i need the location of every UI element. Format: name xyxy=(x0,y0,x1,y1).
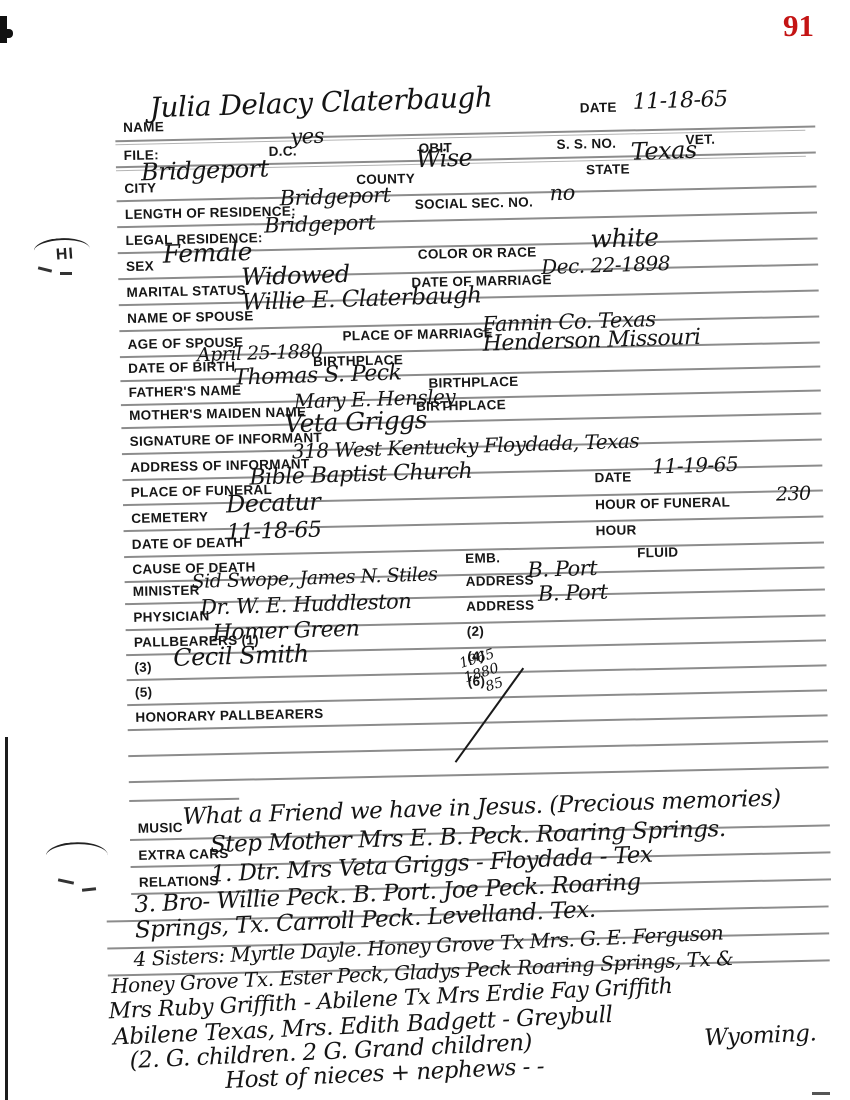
label-physician-address: ADDRESS xyxy=(466,598,534,614)
label-hour: HOUR xyxy=(595,522,636,538)
label-sex: SEX xyxy=(126,258,154,274)
age-calculation-note: 1965 1880 85 xyxy=(448,647,505,704)
document-page: 91 HI xyxy=(0,0,850,1100)
entry-minister-address: B. Port xyxy=(527,556,597,582)
label-hour-of-funeral: HOUR OF FUNERAL xyxy=(595,494,730,512)
label-name-of-spouse: NAME OF SPOUSE xyxy=(127,308,254,326)
label-minister: MINISTER xyxy=(133,583,200,599)
entry-state: Texas xyxy=(630,136,697,166)
ruled-line xyxy=(129,798,239,802)
entry-legal-residence: Bridgeport xyxy=(264,210,376,237)
label-social-sec-no: SOCIAL SEC. NO. xyxy=(415,194,534,211)
entry-length-of-residence: Bridgeport xyxy=(279,183,391,210)
ruled-line xyxy=(129,766,829,783)
entry-hour-of-funeral: 230 xyxy=(776,483,811,506)
entry-physician-address: B. Port xyxy=(538,580,608,606)
entry-city: Bridgeport xyxy=(141,154,269,186)
entry-date-of-marriage: Dec. 22-1898 xyxy=(541,251,671,279)
label-state: STATE xyxy=(586,161,630,177)
label-ssno: S. S. NO. xyxy=(556,136,616,152)
entry-funeral-date: 11-19-65 xyxy=(652,452,739,479)
label-fathers-name: FATHER'S NAME xyxy=(128,383,241,400)
funeral-record-form: NAME DATE FILE: D.C. OBIT S. S. NO. VET.… xyxy=(0,0,850,1100)
entry-cemetery: Decatur xyxy=(226,488,321,519)
label-marital-status: MARITAL STATUS xyxy=(126,283,246,300)
entry-date-of-death: 11-18-65 xyxy=(226,517,322,545)
label-fluid: FLUID xyxy=(637,545,679,561)
entry-signature-of-informant: Veta Griggs xyxy=(284,405,428,438)
relations-line-wyoming: Wyoming. xyxy=(704,1020,817,1051)
label-pallbearer-2: (2) xyxy=(467,624,485,639)
label-physician: PHYSICIAN xyxy=(133,608,210,625)
label-relations: RELATIONS xyxy=(139,873,219,890)
entry-county: Wise xyxy=(415,143,472,173)
entry-date: 11-18-65 xyxy=(632,87,728,115)
entry-file-dc: yes xyxy=(290,124,324,149)
label-place-of-marriage: PLACE OF MARRIAGE xyxy=(342,325,493,343)
label-funeral-date: DATE xyxy=(594,469,631,485)
entry-social-sec-no: no xyxy=(549,180,575,205)
label-color-or-race: COLOR OR RACE xyxy=(418,244,537,261)
entry-pallbearer-3: Cecil Smith xyxy=(173,640,309,672)
label-pallbearer-5: (5) xyxy=(135,685,153,700)
entry-physician: Dr. W. E. Huddleston xyxy=(200,589,412,620)
label-music: MUSIC xyxy=(138,820,183,836)
label-mothers-maiden-name: MOTHER'S MAIDEN NAME xyxy=(129,404,306,423)
entry-sex: Female xyxy=(162,237,252,269)
label-emb: EMB. xyxy=(465,550,500,566)
label-cemetery: CEMETERY xyxy=(131,509,208,526)
ruled-line xyxy=(128,740,828,757)
label-honorary-pallbearers: HONORARY PALLBEARERS xyxy=(135,706,323,725)
label-pallbearer-3: (3) xyxy=(134,660,152,675)
scan-dash-mark xyxy=(812,1092,830,1095)
entry-color-or-race: white xyxy=(590,223,659,254)
entry-name: Julia Delacy Claterbaugh xyxy=(149,81,493,125)
label-minister-address: ADDRESS xyxy=(466,573,534,589)
entry-date-of-birth: April 25-1880 xyxy=(197,340,323,366)
label-date: DATE xyxy=(580,100,617,116)
